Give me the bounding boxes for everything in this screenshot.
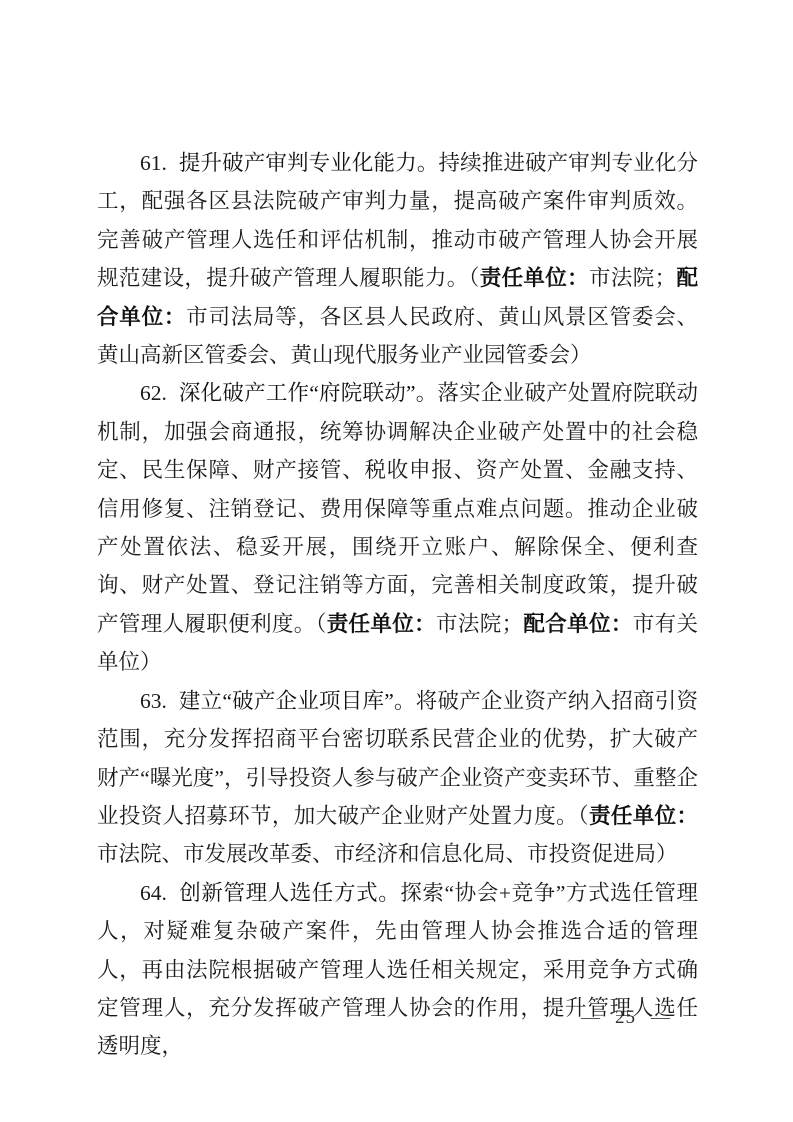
document-page: 61.提升破产审判专业化能力。持续推进破产审判专业化分工，配强各区县法院破产审判… <box>0 0 793 1122</box>
item-number: 64. <box>140 881 167 905</box>
page-footer: — 25 — <box>581 1006 670 1030</box>
paragraph-63: 63.建立“破产企业项目库”。将破产企业资产纳入招商引资范围，充分发挥招商平台密… <box>97 682 698 874</box>
responsibility-label: 责任单位： <box>589 804 698 828</box>
item-number: 63. <box>140 689 167 713</box>
footer-dash-left: — <box>581 1006 600 1030</box>
body-text-segment: 市法院、市发展改革委、市经济和信息化局、市投资促进局） <box>97 842 678 866</box>
responsibility-label: 责任单位： <box>327 612 436 636</box>
responsibility-label: 责任单位： <box>480 266 589 290</box>
paragraph-62: 62.深化破产工作“府院联动”。落实企业破产处置府院联动机制，加强会商通报，统筹… <box>97 374 698 681</box>
item-title: 深化破产工作“府院联动”。 <box>179 381 438 405</box>
item-number: 62. <box>140 381 167 405</box>
body-text-segment: 落实企业破产处置府院联动机制，加强会商通报，统筹协调解决企业破产处置中的社会稳定… <box>97 381 698 635</box>
body-text-segment: 探索“协会+竞争”方式选任管理人，对疑难复杂破产案件，先由管理人协会推选合适的管… <box>97 881 698 1059</box>
responsibility-label: 配合单位： <box>523 612 633 636</box>
footer-dash-right: — <box>651 1006 670 1030</box>
body-text-segment: 市法院； <box>436 612 523 636</box>
paragraph-61: 61.提升破产审判专业化能力。持续推进破产审判专业化分工，配强各区县法院破产审判… <box>97 144 698 374</box>
item-title: 创新管理人选任方式。 <box>179 881 401 905</box>
item-number: 61. <box>140 151 167 175</box>
document-body: 61.提升破产审判专业化能力。持续推进破产审判专业化分工，配强各区县法院破产审判… <box>97 144 698 1066</box>
body-text-segment: 市司法局等，各区县人民政府、黄山风景区管委会、黄山高新区管委会、黄山现代服务业产… <box>97 305 698 367</box>
page-number: 25 <box>615 1006 636 1030</box>
item-title: 建立“破产企业项目库”。 <box>179 689 416 713</box>
item-title: 提升破产审判专业化能力。 <box>179 151 439 175</box>
paragraph-64: 64.创新管理人选任方式。探索“协会+竞争”方式选任管理人，对疑难复杂破产案件，… <box>97 874 698 1066</box>
body-text-segment: 市法院； <box>589 266 676 290</box>
